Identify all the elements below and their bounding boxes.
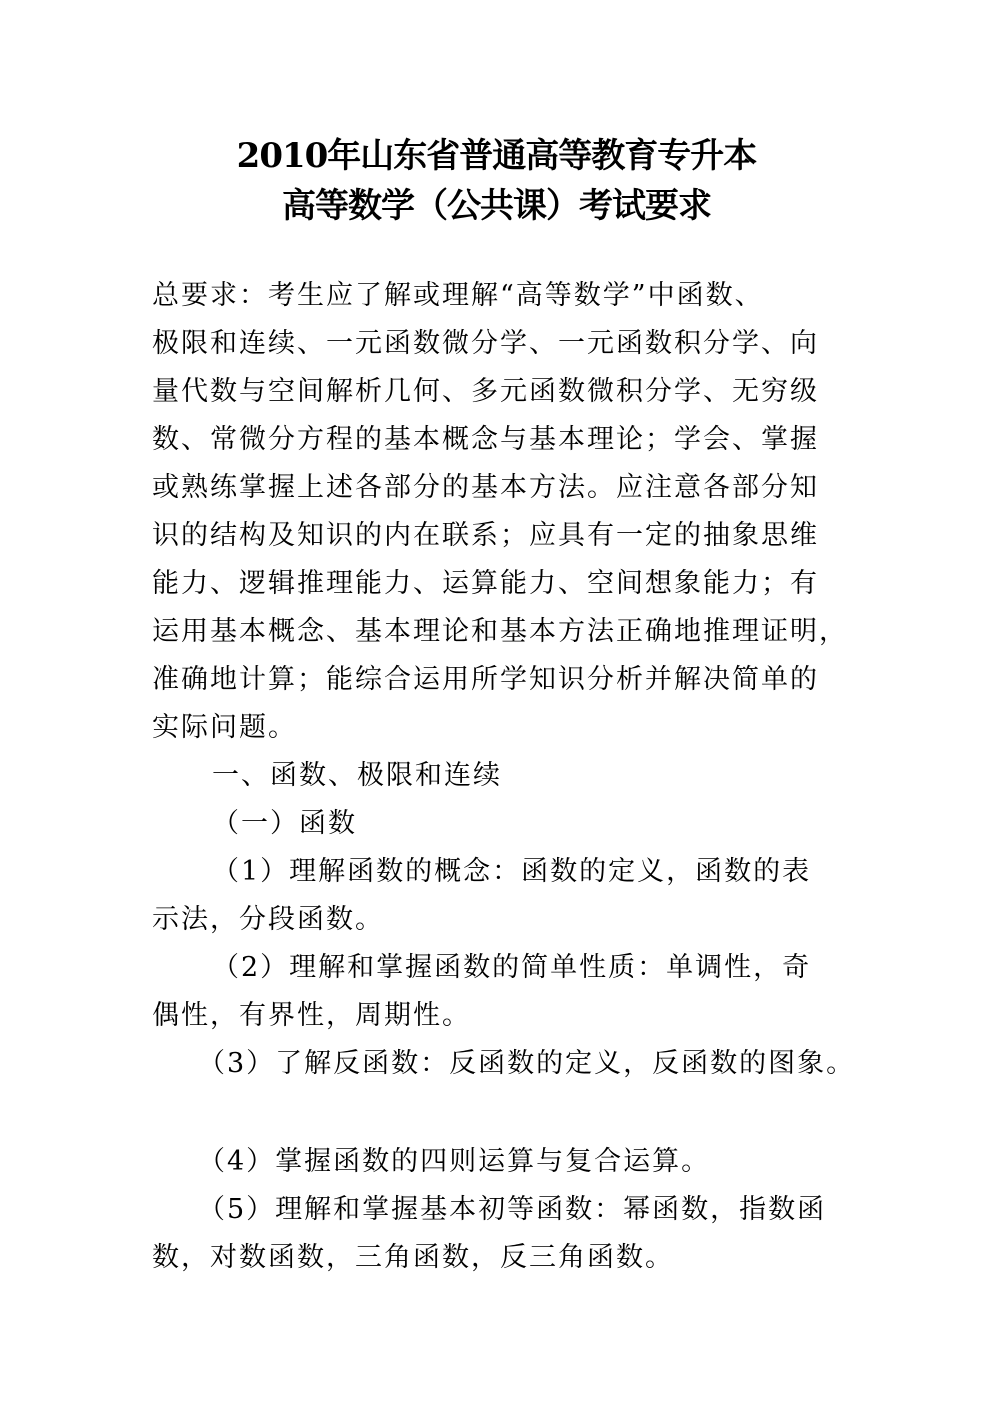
paragraph-line: 准确地计算；能综合运用所学知识分析并解决简单的 [152,662,819,698]
section-heading: 一、函数、极限和连续 [212,758,502,794]
paragraph-line: 或熟练掌握上述各部分的基本方法。应注意各部分知 [152,470,819,506]
paragraph-line: 能力、逻辑推理能力、运算能力、空间想象能力；有 [152,566,819,602]
paragraph-line: 运用基本概念、基本理论和基本方法正确地推理证明， [152,614,848,650]
list-item: （2）理解和掌握函数的简单性质：单调性，奇 [212,950,811,986]
title-line-1: 2010年山东省普通高等教育专升本 [0,128,993,177]
list-item: （3）了解反函数：反函数的定义，反函数的图象。 [198,1046,855,1082]
paragraph-line: 总要求：考生应了解或理解“高等数学”中函数、 [152,278,764,314]
list-item-continuation: 偶性，有界性，周期性。 [152,998,471,1034]
list-item-continuation: 数，对数函数，三角函数，反三角函数。 [152,1240,674,1276]
list-item: （1）理解函数的概念：函数的定义，函数的表 [212,854,811,890]
paragraph-line: 数、常微分方程的基本概念与基本理论；学会、掌握 [152,422,819,458]
paragraph-line: 识的结构及知识的内在联系；应具有一定的抽象思维 [152,518,819,554]
paragraph-line: 极限和连续、一元函数微分学、一元函数积分学、向 [152,326,819,362]
paragraph-line: 实际问题。 [152,710,297,746]
title-line-2: 高等数学（公共课）考试要求 [0,178,993,227]
paragraph-line: 量代数与空间解析几何、多元函数微积分学、无穷级 [152,374,819,410]
list-item: （4）掌握函数的四则运算与复合运算。 [198,1144,710,1180]
subsection-heading: （一）函数 [212,806,357,842]
list-item: （5）理解和掌握基本初等函数：幂函数，指数函 [198,1192,826,1228]
list-item-continuation: 示法，分段函数。 [152,902,384,938]
